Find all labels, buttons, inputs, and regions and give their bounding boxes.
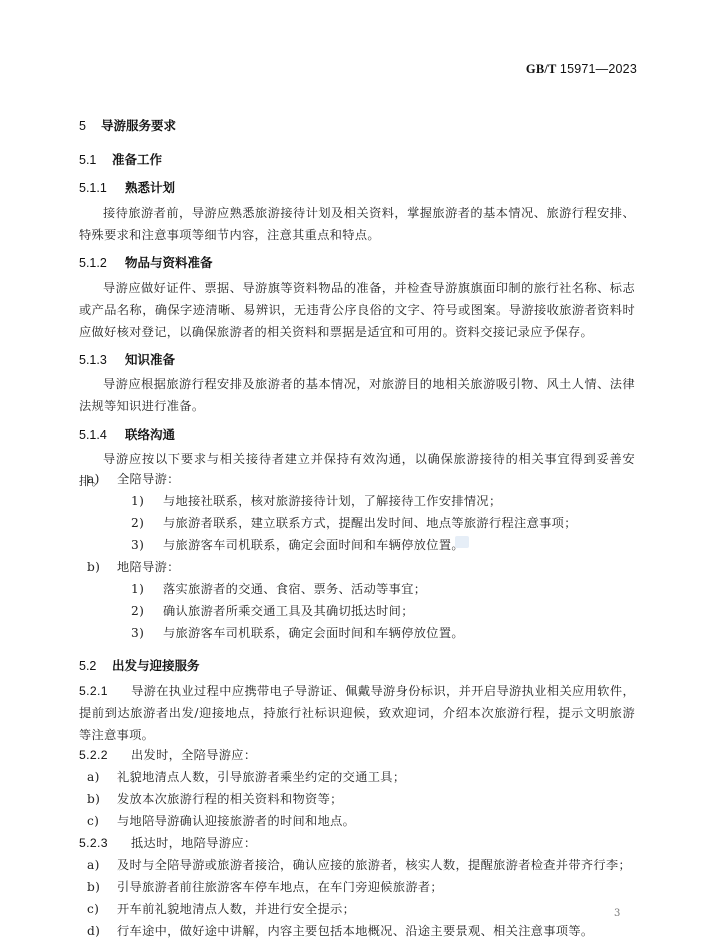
section-title: 导游服务要求 <box>101 118 176 133</box>
section-number: 5.2.3 <box>79 836 131 850</box>
paragraph-text: 导游在执业过程中应携带电子导游证、佩戴导游身份标识，并开启导游执业相关应用软件，… <box>79 684 635 742</box>
list-text: 发放本次旅游行程的相关资料和物资等； <box>117 792 343 806</box>
list-marker: 1) <box>131 494 163 508</box>
list-marker: 3) <box>131 626 163 640</box>
section-title: 联络沟通 <box>125 427 175 442</box>
standard-code: GB/T <box>526 62 557 76</box>
list-marker: a) <box>87 770 117 784</box>
list-text: 礼貌地清点人数，引导旅游者乘坐约定的交通工具； <box>117 770 405 784</box>
list-marker: 2) <box>131 516 163 530</box>
clause-lead: 出发时，全陪导游应： <box>131 748 256 762</box>
section-title: 熟悉计划 <box>125 180 175 195</box>
section-number: 5.2.1 <box>79 680 131 702</box>
list-item-a: a)全陪导游： <box>87 470 180 487</box>
section-title: 准备工作 <box>112 152 162 167</box>
clause-5-2-2: 5.2.2出发时，全陪导游应： <box>79 746 256 763</box>
paragraph-5-1-3: 导游应根据旅游行程安排及旅游者的基本情况，对旅游目的地相关旅游吸引物、风土人情、… <box>79 373 635 417</box>
section-number: 5.1 <box>79 153 112 167</box>
list-marker: d) <box>87 924 117 938</box>
section-heading-5: 5导游服务要求 <box>79 116 176 134</box>
standard-number: 15971—2023 <box>560 62 637 76</box>
list-marker: b) <box>87 792 117 806</box>
list-marker: 2) <box>131 604 163 618</box>
section-title: 出发与迎接服务 <box>112 658 200 673</box>
list-marker: 1) <box>131 582 163 596</box>
list-item-b-1: 1)落实旅游者的交通、食宿、票务、活动等事宜； <box>131 580 426 597</box>
paragraph-5-1-2: 导游应做好证件、票据、导游旗等资料物品的准备，并检查导游旗旗面印制的旅行社名称、… <box>79 277 635 343</box>
list-item-5-2-3-a: a)及时与全陪导游或旅游者接洽，确认应接的旅游者，核实人数，提醒旅游者检查并带齐… <box>87 856 631 873</box>
clause-lead: 抵达时，地陪导游应： <box>131 836 256 850</box>
section-heading-5-1-2: 5.1.2物品与资料准备 <box>79 253 213 271</box>
list-text: 地陪导游： <box>117 560 180 574</box>
list-marker: b) <box>87 560 117 574</box>
clause-5-2-3: 5.2.3抵达时，地陪导游应： <box>79 834 256 851</box>
list-item-a-2: 2)与旅游者联系，建立联系方式，提醒出发时间、地点等旅游行程注意事项； <box>131 514 577 531</box>
list-text: 行车途中，做好途中讲解，内容主要包括本地概况、沿途主要景观、相关注意事项等。 <box>117 924 593 938</box>
list-marker: b) <box>87 880 117 894</box>
list-text: 及时与全陪导游或旅游者接洽，确认应接的旅游者，核实人数，提醒旅游者检查并带齐行李… <box>117 858 631 872</box>
list-item-5-2-3-c: c)开车前礼貌地清点人数，并进行安全提示； <box>87 900 355 917</box>
section-heading-5-1-1: 5.1.1熟悉计划 <box>79 178 175 196</box>
section-number: 5.2 <box>79 659 112 673</box>
list-item-5-2-2-c: c)与地陪导游确认迎接旅游者的时间和地点。 <box>87 812 355 829</box>
section-number: 5.1.4 <box>79 428 125 442</box>
list-text: 与旅游者联系，建立联系方式，提醒出发时间、地点等旅游行程注意事项； <box>163 516 577 530</box>
section-heading-5-1-3: 5.1.3知识准备 <box>79 350 175 368</box>
list-marker: a) <box>87 858 117 872</box>
list-item-5-2-3-b: b)引导旅游者前往旅游客车停车地点，在车门旁迎候旅游者； <box>87 878 443 895</box>
section-number: 5.2.2 <box>79 748 131 762</box>
section-number: 5.1.3 <box>79 353 125 367</box>
list-text: 与旅游客车司机联系，确定会面时间和车辆停放位置。 <box>163 538 464 552</box>
section-title: 知识准备 <box>125 352 175 367</box>
list-text: 确认旅游者所乘交通工具及其确切抵达时间； <box>163 604 414 618</box>
page-number: 3 <box>614 908 620 919</box>
list-item-5-2-2-a: a)礼貌地清点人数，引导旅游者乘坐约定的交通工具； <box>87 768 405 785</box>
section-number: 5.1.2 <box>79 256 125 270</box>
list-item-b-2: 2)确认旅游者所乘交通工具及其确切抵达时间； <box>131 602 414 619</box>
list-text: 引导旅游者前往旅游客车停车地点，在车门旁迎候旅游者； <box>117 880 443 894</box>
list-marker: c) <box>87 814 117 828</box>
list-item-a-3: 3)与旅游客车司机联系，确定会面时间和车辆停放位置。 <box>131 536 464 553</box>
list-text: 与地陪导游确认迎接旅游者的时间和地点。 <box>117 814 355 828</box>
section-heading-5-2: 5.2出发与迎接服务 <box>79 656 200 674</box>
paragraph-5-2-1: 5.2.1导游在执业过程中应携带电子导游证、佩戴导游身份标识，并开启导游执业相关… <box>79 680 635 746</box>
watermark-icon <box>455 536 469 548</box>
standard-header: GB/T 15971—2023 <box>526 62 637 77</box>
list-text: 与地接社联系，核对旅游接待计划，了解接待工作安排情况； <box>163 494 502 508</box>
section-number: 5.1.1 <box>79 181 125 195</box>
list-marker: 3) <box>131 538 163 552</box>
list-text: 落实旅游者的交通、食宿、票务、活动等事宜； <box>163 582 426 596</box>
list-text: 全陪导游： <box>117 472 180 486</box>
list-item-a-1: 1)与地接社联系，核对旅游接待计划，了解接待工作安排情况； <box>131 492 502 509</box>
list-marker: a) <box>87 472 117 486</box>
list-item-5-2-3-d: d)行车途中，做好途中讲解，内容主要包括本地概况、沿途主要景观、相关注意事项等。 <box>87 922 593 939</box>
paragraph-5-1-1: 接待旅游者前，导游应熟悉旅游接待计划及相关资料，掌握旅游者的基本情况、旅游行程安… <box>79 202 635 246</box>
list-item-5-2-2-b: b)发放本次旅游行程的相关资料和物资等； <box>87 790 343 807</box>
list-item-b-3: 3)与旅游客车司机联系，确定会面时间和车辆停放位置。 <box>131 624 464 641</box>
list-item-b: b)地陪导游： <box>87 558 180 575</box>
section-number: 5 <box>79 119 101 133</box>
list-text: 开车前礼貌地清点人数，并进行安全提示； <box>117 902 355 916</box>
section-heading-5-1: 5.1准备工作 <box>79 150 162 168</box>
section-title: 物品与资料准备 <box>125 255 213 270</box>
list-text: 与旅游客车司机联系，确定会面时间和车辆停放位置。 <box>163 626 464 640</box>
list-marker: c) <box>87 902 117 916</box>
section-heading-5-1-4: 5.1.4联络沟通 <box>79 425 175 443</box>
